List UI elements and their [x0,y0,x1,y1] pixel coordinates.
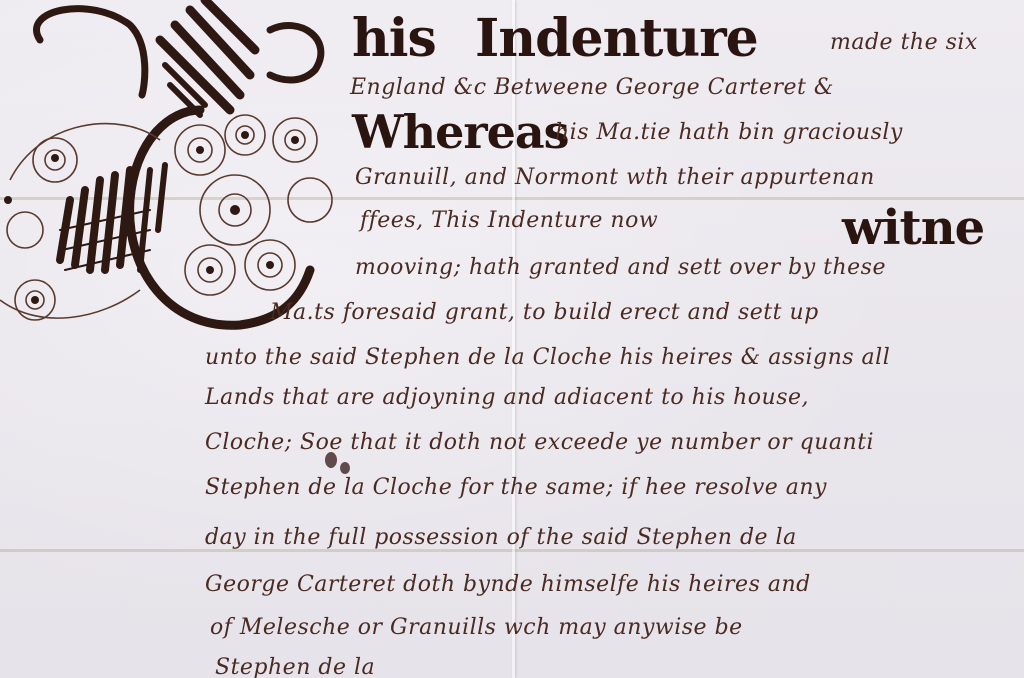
heading-word-indenture: Indenture [475,8,758,69]
text-line-11: day in the full possession of the said S… [205,525,797,550]
text-line-6: Ma.ts foresaid grant, to build erect and… [270,300,819,325]
text-line-12: George Carteret doth bynde himselfe his … [205,572,811,597]
text-line-1: England &c Betweene George Carteret & [350,75,834,100]
heading-continuation: made the six [830,30,978,55]
text-line-3: Granuill, and Normont wth their appurten… [355,165,875,190]
text-line-7: unto the said Stephen de la Cloche his h… [205,345,890,370]
text-line-5: mooving; hath granted and sett over by t… [355,255,886,280]
text-line-10: Stephen de la Cloche for the same; if he… [205,475,827,500]
text-line-9: Cloche; Soe that it doth not exceede ye … [205,430,874,455]
text-line-14: Stephen de la [215,655,375,678]
text-line-2: his Ma.tie hath bin graciously [555,120,903,145]
heading-word-his: his [352,8,436,69]
ink-blot [340,462,350,474]
text-line-8: Lands that are adjoyning and adiacent to… [205,385,809,410]
text-line-13: of Melesche or Granuills wch may anywise… [210,615,743,640]
decorative-initial-letter-icon [0,0,360,350]
witnesseth-word: witne [842,200,984,256]
text-line-4: ffees, This Indenture now [360,208,658,233]
ink-blot [325,452,337,468]
whereas-word: Whereas [352,105,569,159]
